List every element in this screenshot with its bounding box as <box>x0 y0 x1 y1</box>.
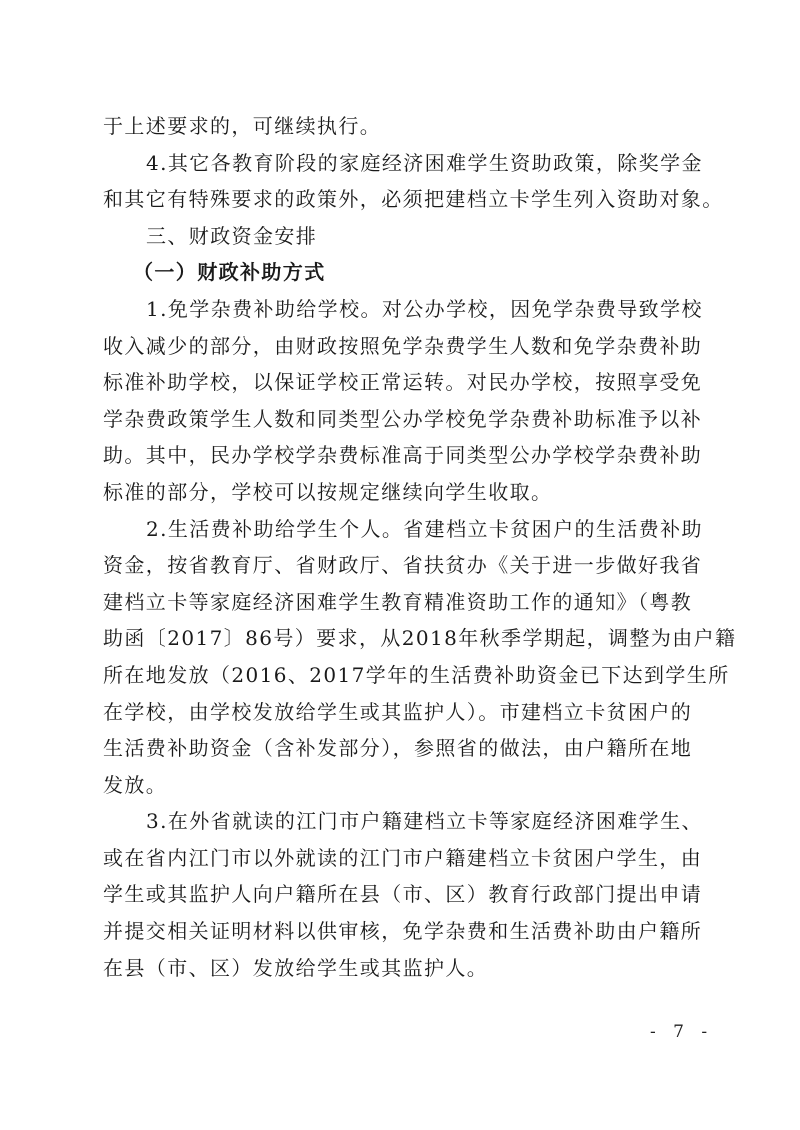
text-line: 学生或其监护人向户籍所在县（市、区）教育行政部门提出申请 <box>103 876 707 913</box>
section-heading: 三、财政资金安排 <box>103 218 707 255</box>
text-line: 或在省内江门市以外就读的江门市户籍建档立卡贫困户学生，由 <box>103 840 707 877</box>
subsection-heading: （一）财政补助方式 <box>103 254 707 291</box>
text-line: 助函〔2017〕86号）要求，从2018年秋季学期起，调整为由户籍 <box>103 620 707 657</box>
text-line: 标准的部分，学校可以按规定继续向学生收取。 <box>103 474 707 511</box>
text-line: 4.其它各教育阶段的家庭经济困难学生资助政策，除奖学金 <box>103 145 707 182</box>
text-line: 在县（市、区）发放给学生或其监护人。 <box>103 950 707 987</box>
text-line: 学杂费政策学生人数和同类型公办学校免学杂费补助标准予以补 <box>103 401 707 438</box>
page-number: - 7 - <box>650 1022 713 1042</box>
text-line: 建档立卡等家庭经济困难学生教育精准资助工作的通知》（粤教 <box>103 584 707 621</box>
text-line: 标准补助学校，以保证学校正常运转。对民办学校，按照享受免 <box>103 364 707 401</box>
text-line: 生活费补助资金（含补发部分），参照省的做法，由户籍所在地 <box>103 730 707 767</box>
text-line: 在学校，由学校发放给学生或其监护人）。市建档立卡贫困户的 <box>103 694 707 731</box>
text-line: 助。其中，民办学校学杂费标准高于同类型公办学校学杂费补助 <box>103 437 707 474</box>
text-line: 2.生活费补助给学生个人。省建档立卡贫困户的生活费补助 <box>103 511 707 548</box>
text-line: 资金，按省教育厅、省财政厅、省扶贫办《关于进一步做好我省 <box>103 547 707 584</box>
text-line: 所在地发放（2016、2017学年的生活费补助资金已下达到学生所 <box>103 657 707 694</box>
text-line: 收入减少的部分，由财政按照免学杂费学生人数和免学杂费补助 <box>103 328 707 365</box>
text-line: 1.免学杂费补助给学校。对公办学校，因免学杂费导致学校 <box>103 291 707 328</box>
text-line: 3.在外省就读的江门市户籍建档立卡等家庭经济困难学生、 <box>103 803 707 840</box>
text-line: 于上述要求的，可继续执行。 <box>103 108 707 145</box>
text-line: 发放。 <box>103 767 707 804</box>
text-line: 并提交相关证明材料以供审核，免学杂费和生活费补助由户籍所 <box>103 913 707 950</box>
text-line: 和其它有特殊要求的政策外，必须把建档立卡学生列入资助对象。 <box>103 181 707 218</box>
document-body: 于上述要求的，可继续执行。 4.其它各教育阶段的家庭经济困难学生资助政策，除奖学… <box>103 108 707 986</box>
